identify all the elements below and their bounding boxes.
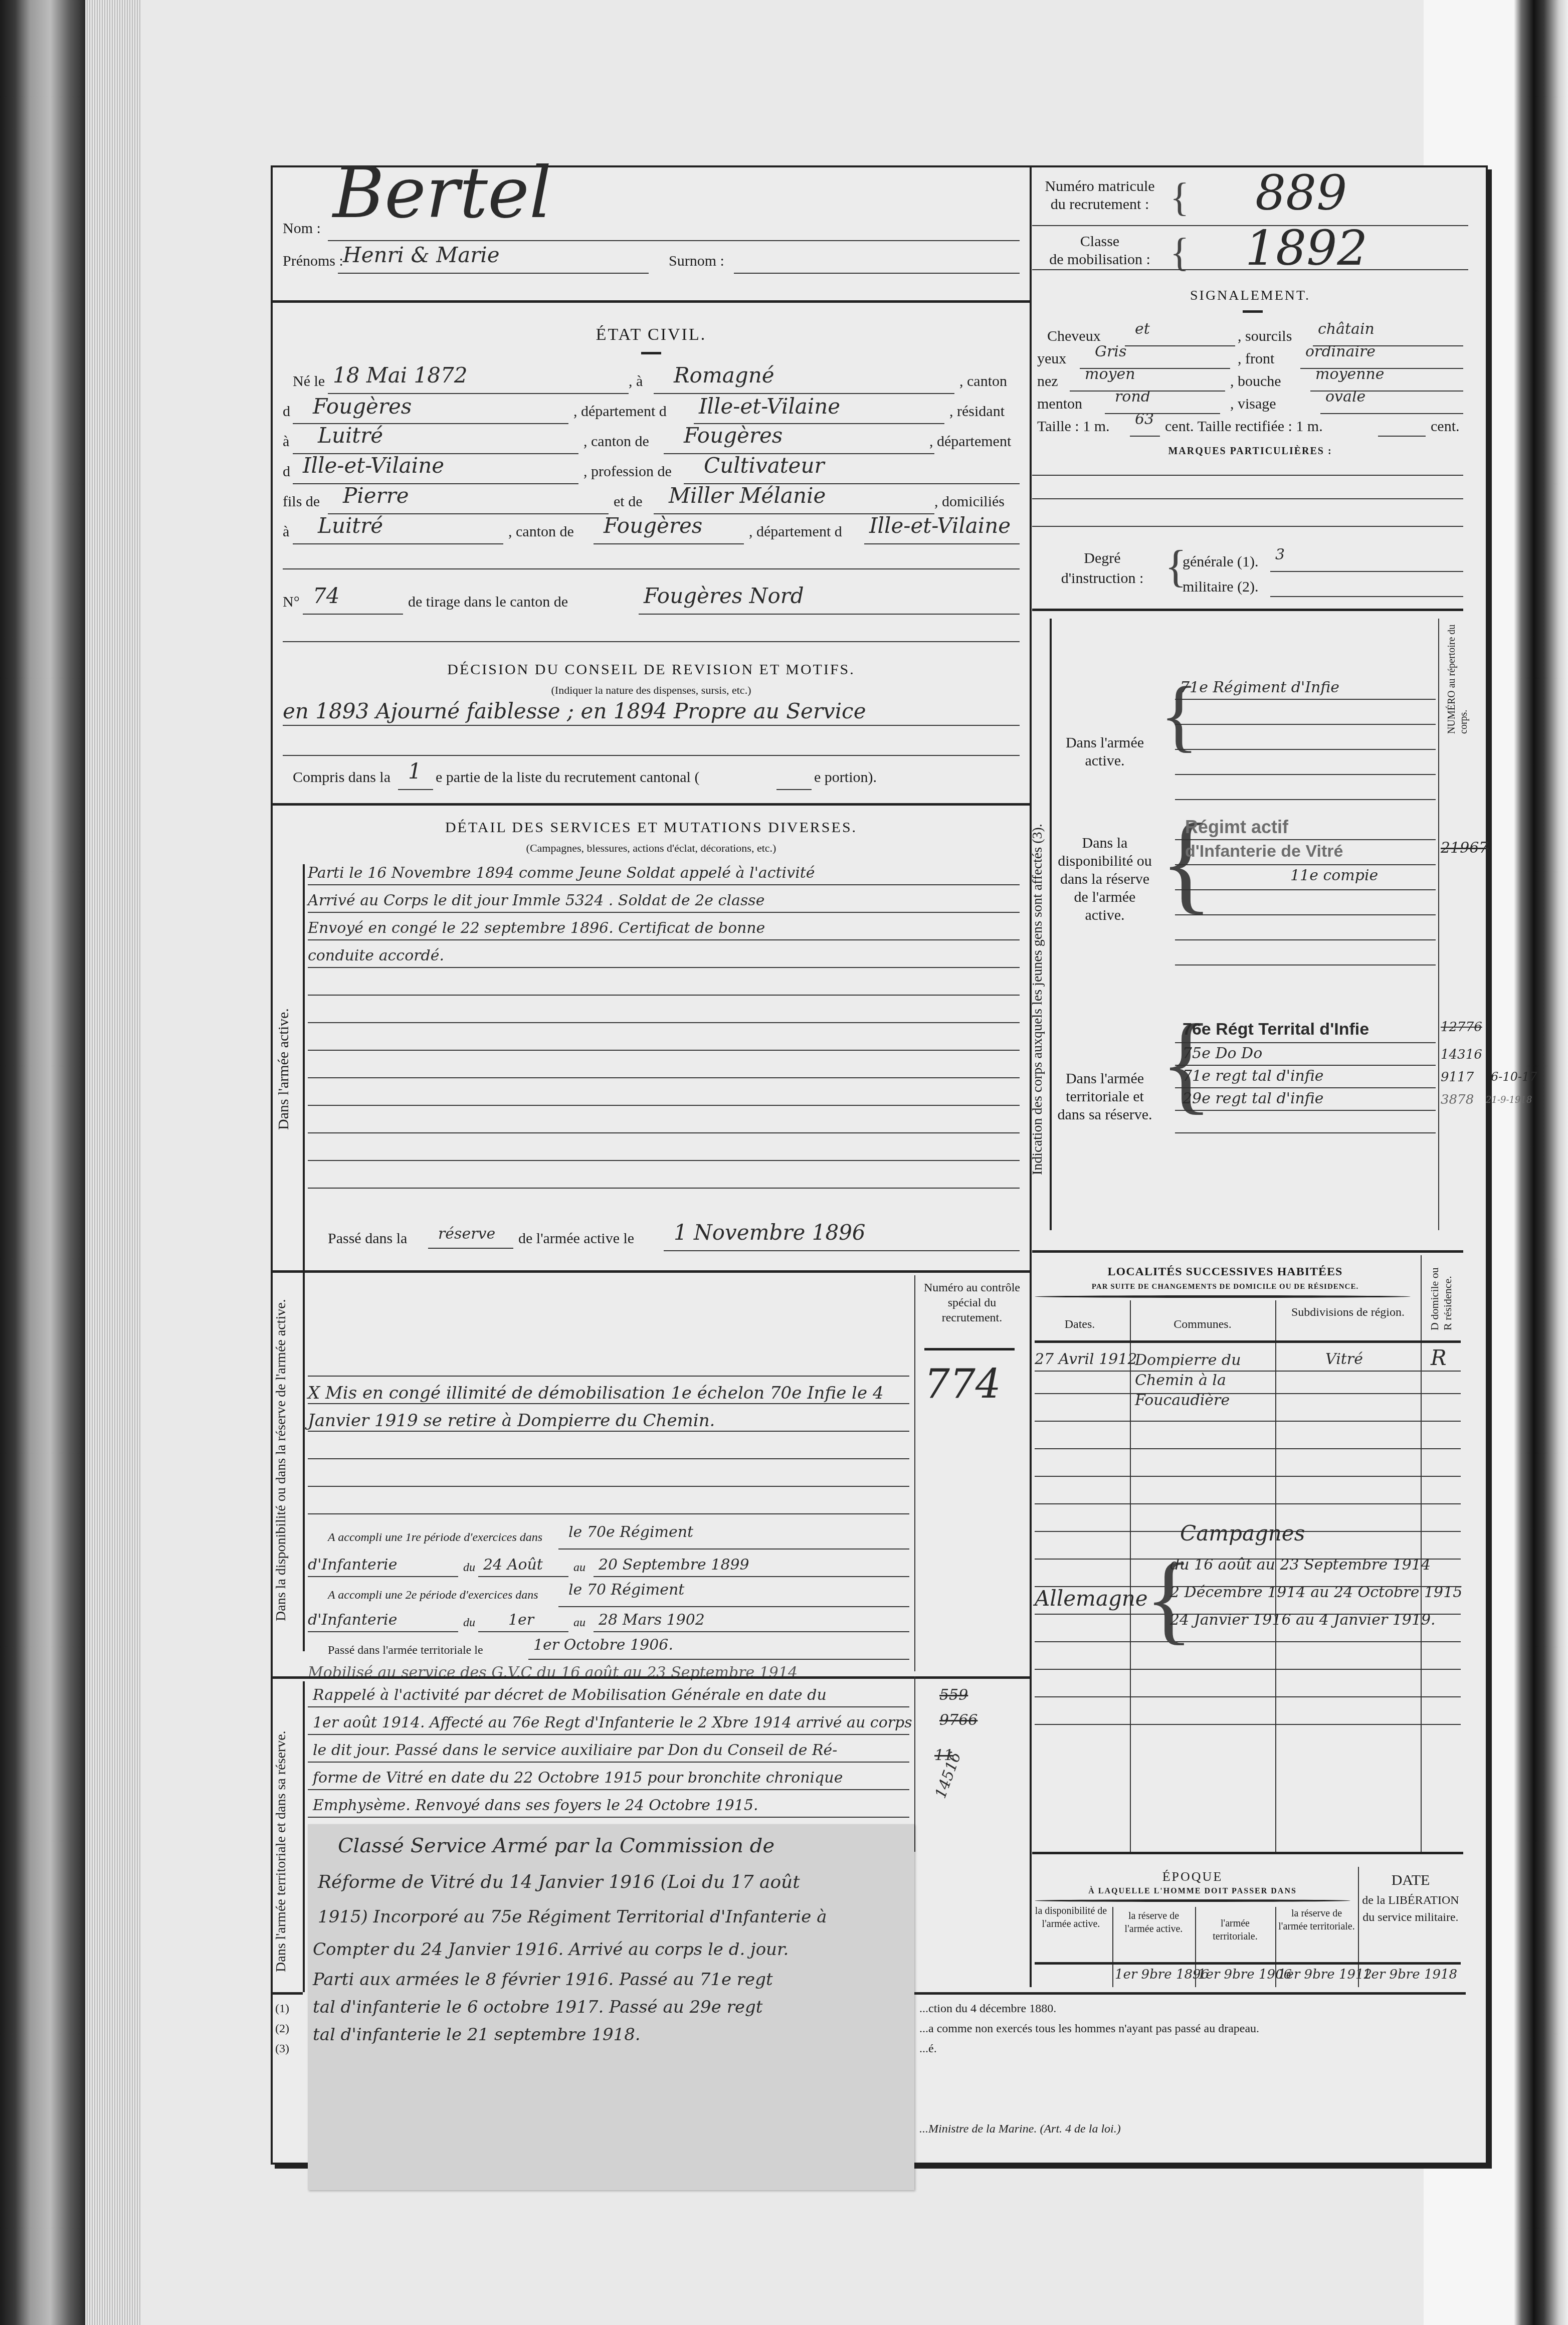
instruction-divider (1032, 609, 1463, 611)
epoque-subtitle: À LAQUELLE L'HOMME DOIT PASSER DANS (1032, 1887, 1353, 1896)
bouche-label: , bouche (1230, 373, 1281, 390)
footnote-1-text: ...ction du 4 décembre 1880. (919, 2002, 1056, 2016)
visage-value: ovale (1325, 388, 1365, 406)
residant-a-label: à (283, 433, 289, 450)
disponibilite-rule-2 (1175, 864, 1436, 865)
localites-header-dates: Dates. (1032, 1318, 1127, 1331)
yeux-label: yeux (1037, 350, 1066, 367)
territoriale-rule-2 (308, 1734, 909, 1735)
departement-label: , département d (573, 403, 667, 420)
localites-row-date: 27 Avril 1912 (1035, 1350, 1137, 1368)
territoriale-row-1-corps: 76e Régt Territal d'Infie (1183, 1020, 1369, 1039)
compris-underline (398, 789, 433, 790)
epoque-ornament (1035, 1899, 1350, 1902)
periode1-au: 20 Septembre 1899 (599, 1556, 749, 1574)
fils-de-label: fils de (283, 493, 320, 510)
signalement-dash (1243, 310, 1263, 313)
territoriale-rule-4 (308, 1789, 909, 1790)
classe-label-1: Classe (1080, 233, 1119, 250)
disponibilite-rule-4 (1175, 914, 1436, 915)
pasted-note-line-4: Compter du 24 Janvier 1916. Arrivé au co… (313, 1940, 789, 1960)
localites-row-type: R (1431, 1345, 1447, 1370)
campagne-2: 2 Décembre 1914 au 24 Octobre 1915 (1170, 1584, 1462, 1601)
ne-le-value: 18 Mai 1872 (333, 363, 468, 387)
active-corps-rule-4 (1175, 774, 1436, 775)
periode2-regiment-2: d'Infanterie (308, 1611, 397, 1629)
periode1-du-label: du (463, 1561, 475, 1575)
decision-value: en 1893 Ajourné faiblesse ; en 1894 Prop… (283, 699, 866, 723)
localites-row-subdivision: Vitré (1325, 1350, 1363, 1368)
domicile-dept-value: Ille-et-Vilaine (869, 513, 1011, 538)
territoriale-row-2-corps: 75e Do Do (1183, 1045, 1262, 1062)
periode1-du: 24 Août (483, 1556, 543, 1574)
periode2-du-label: du (463, 1616, 475, 1630)
canton-label: , canton (959, 373, 1007, 390)
a-label: , à (629, 373, 643, 390)
canton-naissance-value: Fougères (313, 394, 412, 419)
bouche-value: moyenne (1315, 365, 1385, 383)
epoque-header-reserve-territoriale: la réserve de l'armée territoriale. (1278, 1907, 1355, 1933)
taille-underline (1130, 436, 1160, 437)
active-rule-7 (308, 1050, 1020, 1051)
localites-rule-14 (1035, 1724, 1461, 1725)
profession-label: , profession de (583, 463, 672, 480)
territoriale-row-4-note: 21-9-1918 (1486, 1095, 1532, 1105)
side-label-territoriale: Dans l'armée territoriale et dans sa rés… (273, 1691, 290, 1972)
localites-rule-6 (1035, 1503, 1461, 1504)
periode1-au-underline (594, 1576, 909, 1577)
taille-rect-cent: cent. (1431, 418, 1459, 435)
detail-services-subtitle: (Campagnes, blessures, actions d'éclat, … (273, 842, 1030, 855)
surnom-label: Surnom : (669, 253, 724, 270)
passe-reserve-label-2: de l'armée active le (518, 1230, 634, 1247)
pere-value: Pierre (343, 483, 409, 508)
degre-label-1: Degré (1084, 550, 1120, 566)
title-dash (641, 352, 661, 354)
periode2-regiment-underline (558, 1606, 909, 1607)
reserve-line-2: Janvier 1919 se retire à Dompierre du Ch… (308, 1411, 715, 1431)
detail-services-title: DÉTAIL DES SERVICES ET MUTATIONS DIVERSE… (273, 819, 1030, 836)
degre-label-2: d'instruction : (1061, 570, 1144, 587)
periode2-label: A accompli une 2e période d'exercices da… (328, 1589, 538, 1602)
affectations-divider (1032, 1250, 1463, 1253)
domicile-canton-underline (594, 543, 744, 544)
territoriale-date: 1er Octobre 1906. (533, 1636, 673, 1654)
periode2-au-label: au (573, 1616, 585, 1630)
residant-canton-value: Fougères (684, 423, 782, 448)
profession-value: Cultivateur (704, 453, 825, 478)
reserve-rule-1 (308, 1376, 909, 1377)
domicile-dept-underline (864, 543, 1020, 544)
disponibilite-stamp-1: Régimt actif (1185, 817, 1288, 838)
active-corps-underline (1175, 699, 1436, 700)
taille-cent-label: cent. Taille rectifiée : 1 m. (1165, 418, 1323, 435)
territoriale-corps-rule-4 (1175, 1110, 1436, 1111)
pasted-note-line-1: Classé Service Armé par la Commission de (338, 1834, 774, 1857)
territoriale-corps-rule-5 (1175, 1132, 1436, 1133)
active-section-divider (273, 1270, 1030, 1273)
localites-col-divider-1 (1130, 1300, 1131, 1852)
pasted-note-slip: Classé Service Armé par la Commission de… (308, 1824, 914, 2190)
campagnes-title: Campagnes (1180, 1521, 1305, 1545)
disponibilite-rule-5 (1175, 939, 1436, 940)
active-rule-9 (308, 1105, 1020, 1106)
lieu-naissance-value: Romagné (674, 363, 774, 387)
territoriale-rule-3 (308, 1762, 909, 1763)
front-value: ordinaire (1305, 343, 1376, 360)
footnote-4-text: ...Ministre de la Marine. (Art. 4 de la … (919, 2122, 1121, 2136)
epoque-value-reserve-territoriale: 1er 9bre 1912 (1278, 1967, 1372, 1982)
reserve-line-1: X Mis en congé illimité de démobilisatio… (308, 1383, 884, 1403)
compris-label-3: e portion). (814, 769, 877, 786)
territoriale-number-divider (914, 1676, 915, 1852)
periode1-regiment-2: d'Infanterie (308, 1556, 397, 1574)
visage-label: , visage (1230, 396, 1276, 413)
tirage-no-value: 74 (313, 584, 339, 608)
localites-rule-11 (1035, 1641, 1461, 1642)
side-label-active: Dans l'armée active. (275, 1008, 292, 1130)
periode2-au-underline (594, 1631, 909, 1632)
header-divider (273, 300, 1030, 303)
d-label: d (283, 403, 290, 420)
decision-underline-1 (283, 725, 1020, 726)
matricule-value: 889 (1255, 165, 1347, 221)
active-label: Dans l'armée active. (1055, 734, 1155, 770)
taille-value: 63 (1135, 411, 1154, 428)
active-corps-rule-3 (1175, 749, 1436, 750)
nez-label: nez (1037, 373, 1058, 390)
campagne-1: du 16 août au 23 Septembre 1914 (1170, 1556, 1431, 1574)
footnote-2-num: (2) (275, 2022, 289, 2036)
localites-col-divider-2 (1275, 1300, 1276, 1852)
active-rule-10 (308, 1132, 1020, 1133)
pasted-note-line-6: tal d'infanterie le 6 octobre 1917. Pass… (313, 1997, 762, 2017)
domicile-canton-label: , canton de (508, 523, 574, 540)
pasted-note-line-7: tal d'infanterie le 21 septembre 1918. (313, 2025, 641, 2045)
disponibilite-label: Dans la disponibilité ou dans la réserve… (1055, 834, 1155, 924)
territoriale-number-1: 559 (939, 1686, 968, 1704)
tirage-canton-value: Fougères Nord (644, 584, 804, 608)
reserve-rule-3 (308, 1431, 909, 1432)
domicilies-label: , domiciliés (934, 493, 1005, 510)
periode1-regiment: le 70e Régiment (568, 1523, 693, 1541)
epoque-bottom-divider (914, 1992, 1466, 1995)
page-stack-edge (85, 0, 140, 2325)
territoriale-corps-label: Dans l'armée territoriale et dans sa rés… (1055, 1070, 1155, 1124)
generale-underline (1270, 571, 1463, 572)
classe-label: Classede mobilisation : (1035, 233, 1165, 269)
passe-reserve-date-underline (664, 1250, 1020, 1251)
active-line-1: Parti le 16 Novembre 1894 comme Jeune So… (308, 864, 815, 882)
marques-divider (1032, 526, 1463, 527)
decision-subtitle: (Indiquer la nature des dispenses, sursi… (273, 684, 1030, 697)
localites-rule-12 (1035, 1669, 1461, 1670)
localites-header-rule (1035, 1340, 1461, 1343)
passe-reserve-underline (428, 1248, 513, 1249)
departement-value: Ille-et-Vilaine (699, 394, 840, 419)
residant-dept-prefix: d (283, 463, 290, 480)
marques-label: MARQUES PARTICULIÈRES : (1032, 446, 1468, 457)
territoriale-date-underline (528, 1659, 909, 1660)
cheveux-label: Cheveux (1047, 328, 1101, 345)
territoriale-line-3: le dit jour. Passé dans le service auxil… (313, 1741, 837, 1759)
periode2-regiment-2-underline (308, 1631, 458, 1632)
localites-header-subdivisions: Subdivisions de région. (1278, 1305, 1418, 1319)
prenoms-underline (338, 273, 649, 274)
territoriale-line-4: forme de Vitré en date du 22 Octobre 191… (313, 1769, 843, 1787)
active-rule-3 (308, 939, 1020, 940)
active-rule-2 (308, 912, 1020, 913)
nom-value: Bertel (333, 152, 552, 234)
pasted-note-line-3: 1915) Incorporé au 75e Régiment Territor… (318, 1907, 827, 1927)
periode1-regiment-underline (558, 1548, 909, 1549)
epoque-header-territoriale: l'armée territoriale. (1198, 1917, 1273, 1943)
reserve-rule-5 (308, 1486, 909, 1487)
localites-title: LOCALITÉS SUCCESSIVES HABITÉES (1032, 1265, 1418, 1279)
pasted-note-line-5: Parti aux armées le 8 février 1916. Pass… (313, 1970, 773, 1990)
residant-dept-value: Ille-et-Vilaine (303, 453, 444, 478)
etat-civil-divider (283, 568, 1020, 569)
compris-value: 1 (408, 759, 422, 784)
numero-controle-value: 774 (924, 1361, 1001, 1407)
territoriale-label: Passé dans l'armée territoriale le (328, 1644, 483, 1657)
territoriale-line-5: Emphysème. Renvoyé dans ses foyers le 24… (313, 1797, 758, 1814)
territoriale-row-4-corps: 29e regt tal d'infie (1183, 1090, 1324, 1107)
nez-value: moyen (1085, 365, 1135, 383)
localites-rule-1 (1035, 1371, 1461, 1372)
matricule-label: Numéro matriculedu recrutement : (1035, 177, 1165, 214)
active-rule-12 (308, 1188, 1020, 1189)
territoriale-row-2-numero: 14316 (1441, 1047, 1482, 1062)
periode1-du-underline (478, 1576, 568, 1577)
periode2-regiment: le 70 Régiment (568, 1581, 684, 1599)
disponibilite-value: 11e compie (1290, 867, 1378, 884)
militaire-underline (1270, 596, 1463, 597)
localites-rule-5 (1035, 1476, 1461, 1477)
active-corps-rule-5 (1175, 799, 1436, 800)
disponibilite-rule-3 (1175, 889, 1436, 890)
matricule-label-1: Numéro matricule (1045, 178, 1154, 195)
marques-rule-1 (1032, 475, 1463, 476)
localites-row-commune: Dompierre du Chemin à la Foucaudière (1135, 1350, 1275, 1411)
decision-underline-2 (283, 755, 1020, 756)
numero-repertoire-label: NUMÉRO au répertoire du corps. (1446, 624, 1470, 734)
localites-rule-2 (1035, 1393, 1461, 1394)
passe-reserve-label-1: Passé dans la (328, 1230, 407, 1247)
footnote-2-text: ...a comme non exercés tous les hommes n… (919, 2022, 1259, 2036)
active-corps-rule-2 (1175, 724, 1436, 725)
side-label-reserve: Dans la disponibilité ou dans la réserve… (273, 1270, 290, 1621)
date-liberation-value: 1er 9bre 1918 (1363, 1967, 1457, 1982)
menton-label: menton (1037, 396, 1082, 413)
marques-rule-2 (1032, 498, 1463, 499)
ne-le-label: Né le (293, 373, 325, 390)
active-line-2: Arrivé au Corps le dit jour Immle 5324 .… (308, 892, 764, 909)
epoque-header-disponibilite: la disponibilité de l'armée active. (1032, 1904, 1110, 1930)
classe-value: 1892 (1245, 220, 1367, 276)
territoriale-bracket (303, 1681, 305, 1992)
book-binding-left (0, 0, 85, 2325)
localites-type-header: D domicile ou R résidence. (1428, 1260, 1454, 1330)
reserve-rule-6 (308, 1513, 909, 1514)
domicile-value: Luitré (318, 513, 383, 538)
periode2-du: 1er (508, 1611, 534, 1629)
localites-type-divider (1421, 1255, 1422, 1852)
numero-controle-label: Numéro au contrôle spécial du recrutemen… (917, 1280, 1027, 1325)
footnote-3-text: ...é. (919, 2042, 937, 2056)
epoque-col-divider-1 (1112, 1907, 1113, 1987)
tirage-no-label: N° (283, 594, 300, 611)
localites-subtitle: PAR SUITE DE CHANGEMENTS DE DOMICILE OU … (1032, 1283, 1418, 1291)
localites-divider (1032, 1852, 1463, 1854)
residant-dept-label: , département (929, 433, 1011, 450)
classe-label-2: de mobilisation : (1049, 251, 1150, 268)
active-line-4: conduite accordé. (308, 947, 444, 964)
territoriale-row-3-numero: 9117 (1441, 1070, 1474, 1085)
militaire-label: militaire (2). (1183, 578, 1259, 596)
nom-underline (328, 240, 1020, 241)
domicile-underline (293, 543, 503, 544)
territoriale-corps-rule-2 (1175, 1065, 1436, 1066)
campagnes-country: Allemagne (1035, 1586, 1148, 1611)
residant-canton-label: , canton de (583, 433, 649, 450)
territoriale-row-3-note: 6-10-17 (1491, 1070, 1537, 1084)
territoriale-corps-rule-3 (1175, 1087, 1436, 1088)
degre-label: Degréd'instruction : (1045, 548, 1160, 589)
disponibilite-stamp-2: d'Infanterie de Vitré (1185, 842, 1343, 861)
reserve-section-divider (273, 1676, 1030, 1679)
numero-controle-rule (924, 1348, 1015, 1350)
epoque-title: ÉPOQUE (1032, 1869, 1353, 1884)
active-rule-4 (308, 967, 1020, 968)
etat-civil-title: ÉTAT CIVIL. (273, 325, 1030, 344)
front-label: , front (1238, 350, 1274, 367)
active-rule-8 (308, 1077, 1020, 1078)
nom-label: Nom : (283, 220, 321, 237)
portion-underline (776, 789, 812, 790)
territoriale-row-3-corps: 71e regt tal d'infie (1183, 1067, 1324, 1085)
periode1-regiment-2-underline (308, 1576, 458, 1577)
territoriale-number-2: 9766 (939, 1711, 977, 1729)
active-rule-11 (308, 1160, 1020, 1161)
domicile-dept-label: , département d (749, 523, 842, 540)
residant-dept-underline (293, 483, 578, 484)
periode2-au: 28 Mars 1902 (599, 1611, 705, 1629)
reserve-rule-2 (308, 1403, 909, 1404)
cheveux-underline (1125, 345, 1235, 346)
date-liberation-title: DATE (1360, 1872, 1461, 1889)
reserve-bracket (303, 1295, 305, 1651)
tirage-canton-underline (639, 614, 1020, 615)
decision-title: DÉCISION DU CONSEIL DE REVISION ET MOTIF… (273, 661, 1030, 678)
decision-divider (273, 803, 1030, 806)
domicile-canton-value: Fougères (604, 513, 702, 538)
taille-rect-underline (1378, 436, 1426, 437)
territoriale-corps-brace: { (1160, 1000, 1213, 1126)
localites-rule-4 (1035, 1448, 1461, 1449)
territoriale-row-4-numero: 3878 (1441, 1092, 1474, 1107)
territoriale-rule-5 (308, 1817, 909, 1818)
passe-reserve-value: réserve (438, 1225, 495, 1243)
active-rule-5 (308, 995, 1020, 996)
cheveux-value: et (1135, 320, 1150, 338)
menton-underline (1105, 413, 1220, 414)
generale-value: 3 (1275, 546, 1285, 563)
domicile-a-label: à (283, 523, 289, 540)
numero-controle-divider (914, 1275, 915, 1671)
affectations-side-label: Indication des corps auxquels les jeunes… (1030, 824, 1046, 1175)
active-rule-1 (308, 884, 1020, 885)
epoque-header-rule (1035, 1962, 1461, 1965)
signalement-title: SIGNALEMENT. (1032, 288, 1468, 304)
tirage-label: de tirage dans le canton de (408, 594, 568, 611)
periode1-au-label: au (573, 1561, 585, 1575)
menton-value: rond (1115, 388, 1150, 406)
pasted-note-line-2: Réforme de Vitré du 14 Janvier 1916 (Loi… (318, 1872, 800, 1892)
visage-underline (1320, 413, 1463, 414)
epoque-header-reserve-active: la réserve de l'armée active. (1115, 1909, 1193, 1935)
sourcils-value: châtain (1318, 320, 1375, 338)
prenoms-label: Prénoms : (283, 253, 343, 270)
numero-repertoire-divider (1438, 619, 1439, 1230)
disponibilite-rule-6 (1175, 964, 1436, 965)
date-liberation-label: de la LIBÉRATION du service militaire. (1360, 1892, 1461, 1926)
periode1-label: A accompli une 1re période d'exercices d… (328, 1531, 542, 1544)
generale-label: générale (1). (1183, 553, 1259, 570)
footnote-divider-left (273, 1992, 303, 1995)
campagne-3: 24 Janvier 1916 au 4 Janvier 1919. (1170, 1611, 1436, 1629)
active-corps-value: 71e Régiment d'Infie (1180, 679, 1339, 696)
registre-matricule-form: Nom : Bertel Prénoms : Henri & Marie Sur… (271, 165, 1488, 2165)
compris-label-1: Compris dans la (293, 769, 390, 786)
reserve-rule-4 (308, 1458, 909, 1459)
yeux-value: Gris (1095, 343, 1126, 360)
matricule-label-2: du recrutement : (1051, 196, 1149, 213)
territoriale-rule-1 (308, 1706, 909, 1707)
tirage-no-underline (303, 614, 403, 615)
territoriale-corps-rule-1 (1175, 1042, 1436, 1043)
classe-divider (1032, 269, 1468, 270)
active-line-3: Envoyé en congé le 22 septembre 1896. Ce… (308, 919, 765, 937)
affectations-bracket (1050, 619, 1052, 1230)
footnote-1-num: (1) (275, 2002, 289, 2016)
et-de-label: et de (614, 493, 642, 510)
territoriale-line-1: Rappelé à l'activité par décret de Mobil… (313, 1686, 827, 1704)
taille-label: Taille : 1 m. (1037, 418, 1110, 435)
surnom-underline (734, 273, 1020, 274)
periode2-du-underline (478, 1631, 568, 1632)
prenoms-value: Henri & Marie (343, 243, 500, 267)
tirage-divider (283, 641, 1020, 642)
mere-value: Miller Mélanie (669, 483, 826, 508)
territoriale-line-2: 1er août 1914. Affecté au 76e Regt d'Inf… (313, 1714, 912, 1731)
footnote-3-num: (3) (275, 2042, 289, 2056)
disponibilite-rule-1 (1175, 839, 1436, 840)
localites-header-communes: Communes. (1132, 1318, 1273, 1331)
passe-reserve-date: 1 Novembre 1896 (674, 1220, 866, 1245)
residant-label: , résidant (949, 403, 1005, 420)
residant-value: Luitré (318, 423, 383, 448)
compris-label-2: e partie de la liste du recrutement cant… (436, 769, 699, 786)
territoriale-row-1-numero: 12776 (1441, 1020, 1482, 1035)
matricule-brace: { (1170, 175, 1189, 221)
disponibilite-number: 21967 (1441, 839, 1488, 857)
localites-rule-13 (1035, 1696, 1461, 1697)
localites-rule-3 (1035, 1421, 1461, 1422)
localites-ornament (1035, 1295, 1411, 1298)
sourcils-label: , sourcils (1238, 328, 1292, 345)
epoque-value-reserve-active: 1er 9bre 1896 (1115, 1967, 1209, 1982)
